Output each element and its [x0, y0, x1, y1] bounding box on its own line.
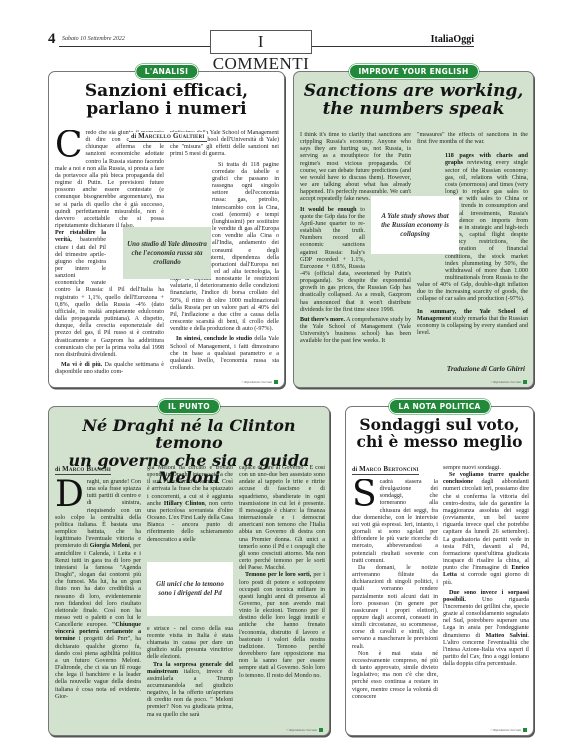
article-analisi: L'ANALISI Sanzioni efficaci, parlano i n… — [48, 71, 285, 388]
article-column-3: capace di fare al Governo". E così con u… — [239, 465, 325, 729]
paragraph: gia Meloni ha cercato e trovato sponda i… — [147, 465, 233, 544]
kicker-label: IL PUNTO — [158, 399, 220, 414]
end-mark-icon — [319, 728, 323, 732]
byline: di Marco Bertoncini — [352, 465, 419, 475]
translator-credit: Traduzione di Carlo Ghirri — [447, 365, 525, 373]
pull-quote: A Yale study shows that the Russian econ… — [371, 196, 459, 254]
kicker-label: IMPROVE YOUR ENGLISH — [348, 64, 478, 79]
paragraph: Ma vi è di più. Da qualche settimana è d… — [55, 362, 164, 376]
end-mark-icon — [523, 380, 527, 384]
copyright-note: © Riproduzione riservata — [490, 728, 527, 732]
paragraph: In sintesi, conclude lo studio della Yal… — [170, 336, 279, 372]
article-nota-politica: LA NOTA POLITICA Sondaggi sul voto, chi … — [345, 406, 534, 736]
end-mark-icon — [523, 728, 527, 732]
article-column-2: sempre nuovi sondaggi. Se vogliamo trarr… — [443, 465, 529, 729]
drop-cap: C — [55, 131, 83, 160]
headline: Sanzioni efficaci, parlano i numeri — [49, 82, 284, 119]
byline: di Marco Bianchi — [55, 465, 111, 475]
paragraph: sempre nuovi sondaggi. — [443, 465, 529, 472]
paragraph: In summary, the Yale School of Managemen… — [417, 309, 528, 338]
pull-quote: Uno studio di Yale dimostra che l'econom… — [123, 227, 211, 279]
page-date: Sabato 10 Settembre 2022 — [62, 36, 125, 42]
paragraph: I think it's time to clarify that sancti… — [300, 132, 411, 204]
drop-cap: S — [352, 480, 377, 509]
end-mark-icon — [274, 380, 278, 384]
brand-logo: ItaliaOggi — [428, 34, 474, 45]
page-header: 4 Sabato 10 Settembre 2022 I COMMENTI It… — [48, 30, 474, 52]
paragraph: e strisce - nel corso della sua recente … — [147, 626, 233, 662]
copyright-note: © Riproduzione riservata — [490, 380, 527, 384]
copyright-note: © Riproduzione riservata — [241, 380, 278, 384]
pull-quote: Gli unici che lo temono sono i dirigenti… — [147, 562, 233, 616]
copyright-note: © Riproduzione riservata — [286, 728, 323, 732]
article-il-punto: IL PUNTO Né Draghi né la Clinton temono … — [48, 406, 330, 736]
section-title: I COMMENTI — [210, 30, 312, 54]
paragraph: Se vogliamo trarre qualche conclusione d… — [443, 472, 529, 587]
paragraph: "measures" the effects of sanctions in t… — [417, 132, 528, 146]
article-column-1: D raghi, un grande! Con una sola frase s… — [55, 479, 141, 729]
paragraph: But there's more. A comprehensive study … — [300, 317, 411, 346]
headline: Sondaggi sul voto, chi è messo meglio — [346, 417, 533, 450]
article-column-1: I think it's time to clarify that sancti… — [300, 132, 411, 382]
article-column-1: S cadrà stasera la divulgazione dei sond… — [352, 479, 438, 729]
drop-cap: D — [55, 480, 84, 509]
page-number: 4 — [48, 31, 59, 48]
headline: Sanctions are working, the numbers speak — [294, 82, 533, 119]
paragraph: Non è mai stata né eccessivamente compre… — [352, 651, 438, 701]
paragraph: Due sono invece i sorpassi possibili. Un… — [443, 590, 529, 669]
article-column-2: "measures" the effects of sanctions in t… — [417, 132, 528, 382]
kicker-label: LA NOTA POLITICA — [388, 399, 490, 414]
byline: di Marcello Gualtieri — [129, 132, 207, 142]
kicker-label: L'ANALISI — [135, 64, 198, 79]
paragraph: capace di fare al Governo". E così con u… — [239, 465, 325, 572]
paragraph: Temono per le loro sorti, per i loro pos… — [239, 572, 325, 679]
paragraph: Da domani, le notizie arriveranno filtra… — [352, 565, 438, 651]
article-english: IMPROVE YOUR ENGLISH Sanctions are worki… — [293, 71, 534, 388]
paragraph: Tra la sorpresa generale del mainstream … — [147, 662, 233, 719]
